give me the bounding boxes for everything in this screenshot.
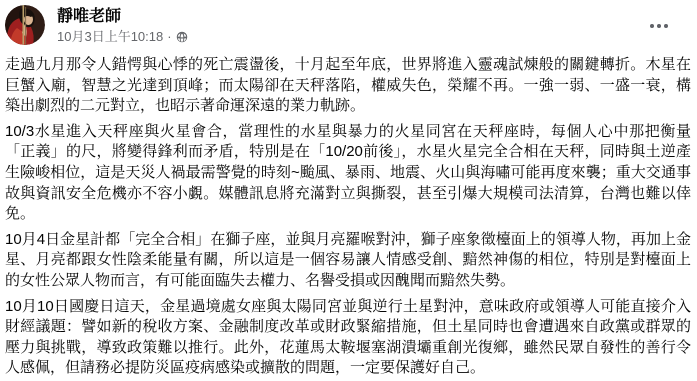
post-header: 靜唯老師 10月3日上午10:18 · (0, 0, 697, 45)
author-name[interactable]: 靜唯老師 (57, 6, 188, 27)
post-paragraph: 10/3水星進入天秤座與火星會合，當理性的水星與暴力的火星同宮在天秤座時，每個人… (5, 122, 691, 225)
avatar-image (5, 5, 45, 45)
post-timestamp[interactable]: 10月3日上午10:18 (57, 28, 163, 45)
post-meta: 10月3日上午10:18 · (57, 28, 188, 45)
avatar[interactable] (5, 5, 45, 45)
post-paragraph: 10月10日國慶日這天，金星過境處女座與太陽同宮並與逆行土星對沖，意味政府或領導… (5, 297, 691, 379)
post-text: 走過九月那令人錯愕與心悸的死亡震盪後，十月起至年底，世界將進入靈魂試煉般的關鍵轉… (0, 45, 697, 379)
header-info: 靜唯老師 10月3日上午10:18 · (57, 5, 188, 45)
meta-separator: · (167, 28, 171, 45)
more-options-icon[interactable] (645, 14, 673, 38)
post-paragraph: 10月4日金星計都「完全合相」在獅子座，並與月亮羅喉對沖，獅子座象徵檯面上的領導… (5, 230, 691, 292)
globe-privacy-icon (176, 31, 188, 43)
facebook-post: 靜唯老師 10月3日上午10:18 · 走過九月那令人錯愕與心悸的死亡震盪後，十… (0, 0, 697, 381)
post-paragraph: 走過九月那令人錯愕與心悸的死亡震盪後，十月起至年底，世界將進入靈魂試煉般的關鍵轉… (5, 55, 691, 117)
